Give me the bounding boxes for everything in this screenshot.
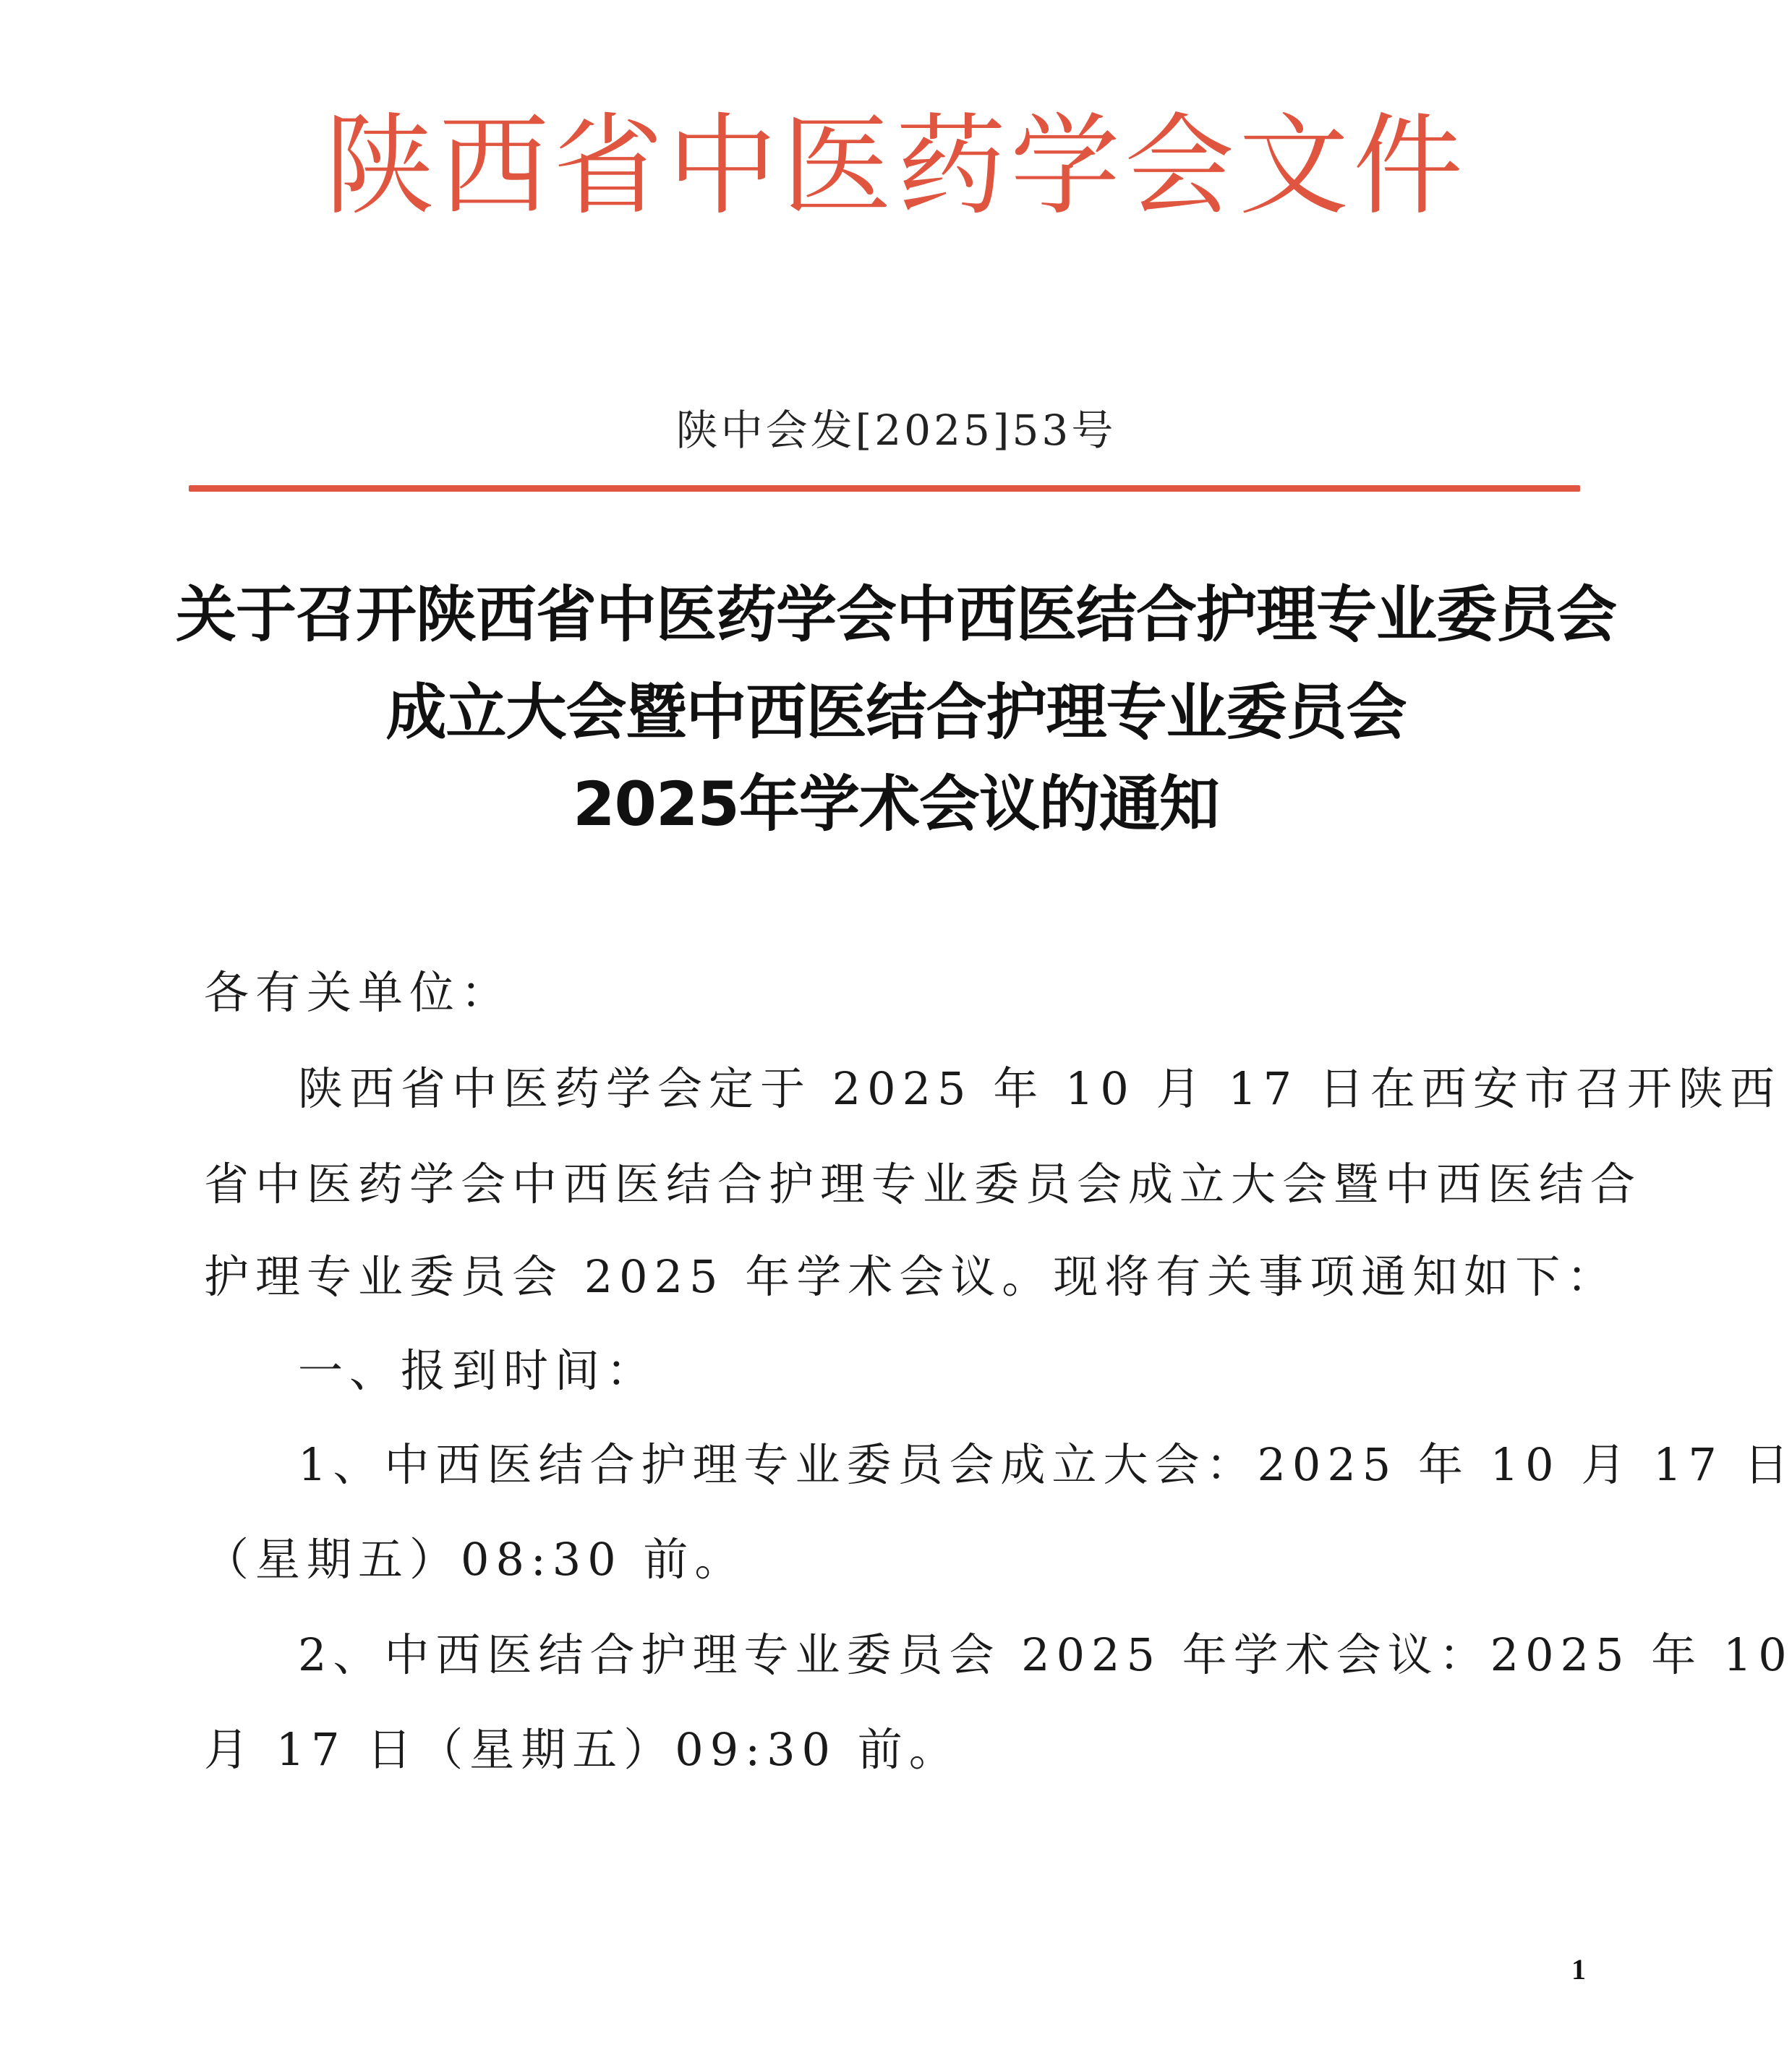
page-number: 1 xyxy=(1571,1952,1586,1986)
document-number: 陕中会发[2025]53号 xyxy=(0,405,1792,456)
item-2-line-2: 月 17 日（星期五）09:30 前。 xyxy=(204,1725,1585,1775)
intro-line-1: 陕西省中医药学会定于 2025 年 10 月 17 日在西安市召开陕西 xyxy=(298,1064,1679,1114)
intro-line-2: 省中医药学会中西医结合护理专业委员会成立大会暨中西医结合 xyxy=(204,1159,1585,1210)
notice-title-line-3: 2025年学术会议的通知 xyxy=(0,768,1792,840)
item-1-line-2: （星期五）08:30 前。 xyxy=(204,1534,1585,1585)
section-heading-registration-time: 一、报到时间： xyxy=(298,1346,1679,1396)
item-2-line-1: 2、中西医结合护理专业委员会 2025 年学术会议：2025 年 10 xyxy=(298,1630,1679,1680)
salutation: 各有关单位： xyxy=(204,967,1585,1018)
item-1-line-1: 1、中西医结合护理专业委员会成立大会：2025 年 10 月 17 日 xyxy=(298,1440,1679,1490)
org-header-title: 陕西省中医药学会文件 xyxy=(0,101,1792,231)
notice-title-line-2: 成立大会暨中西医结合护理专业委员会 xyxy=(0,676,1792,748)
red-divider-line xyxy=(189,485,1580,492)
intro-line-3: 护理专业委员会 2025 年学术会议。现将有关事项通知如下： xyxy=(204,1252,1585,1302)
notice-title-line-1: 关于召开陕西省中医药学会中西医结合护理专业委员会 xyxy=(0,578,1792,651)
